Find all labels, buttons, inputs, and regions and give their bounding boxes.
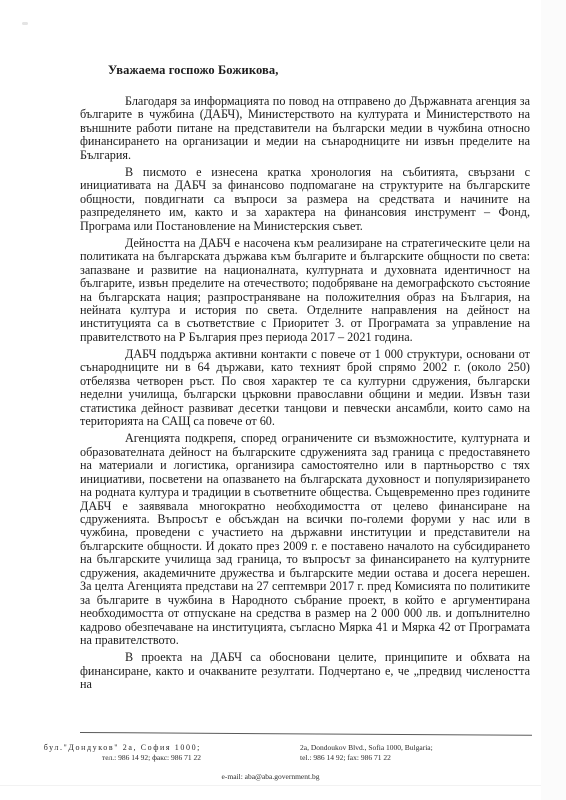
footer-contact-bg: бул."Дондуков" 2а, София 1000; тел.: 986… — [44, 743, 201, 763]
document-page: Уважаема госпожо Божикова, Благодаря за … — [0, 0, 542, 786]
paragraph-project: В проекта на ДАБЧ са обосновани целите, … — [80, 651, 530, 691]
footer-phone-en: tel.: 986 14 92; fax: 986 71 22 — [300, 753, 433, 763]
footer-divider — [80, 732, 532, 736]
paragraph-chronology: В писмото е изнесена кратка хронология н… — [80, 166, 530, 233]
footer-address-bg: бул."Дондуков" 2а, София 1000; — [44, 743, 201, 753]
paragraph-agency-support: Агенцията подкрепя, според ограничените … — [80, 432, 530, 647]
letter-salutation: Уважаема госпожо Божикова, — [108, 63, 278, 78]
scan-artifact — [22, 22, 28, 25]
page-edge-background — [541, 0, 566, 800]
footer-email: e-mail: aba@aba.government.bg — [0, 772, 541, 781]
footer-contact-en: 2a, Dondoukov Blvd., Sofia 1000, Bulgari… — [300, 743, 433, 763]
paragraph-contacts: ДАБЧ поддържа активни контакти с повече … — [80, 348, 530, 429]
paragraph-thanks: Благодаря за информацията по повод на от… — [80, 95, 530, 162]
footer-address-en: 2a, Dondoukov Blvd., Sofia 1000, Bulgari… — [300, 743, 433, 753]
letter-body: Благодаря за информацията по повод на от… — [80, 95, 530, 695]
footer-phone-bg: тел.: 986 14 92; факс: 986 71 22 — [44, 753, 201, 763]
paragraph-activity-goals: Дейността на ДАБЧ е насочена към реализи… — [80, 237, 530, 345]
